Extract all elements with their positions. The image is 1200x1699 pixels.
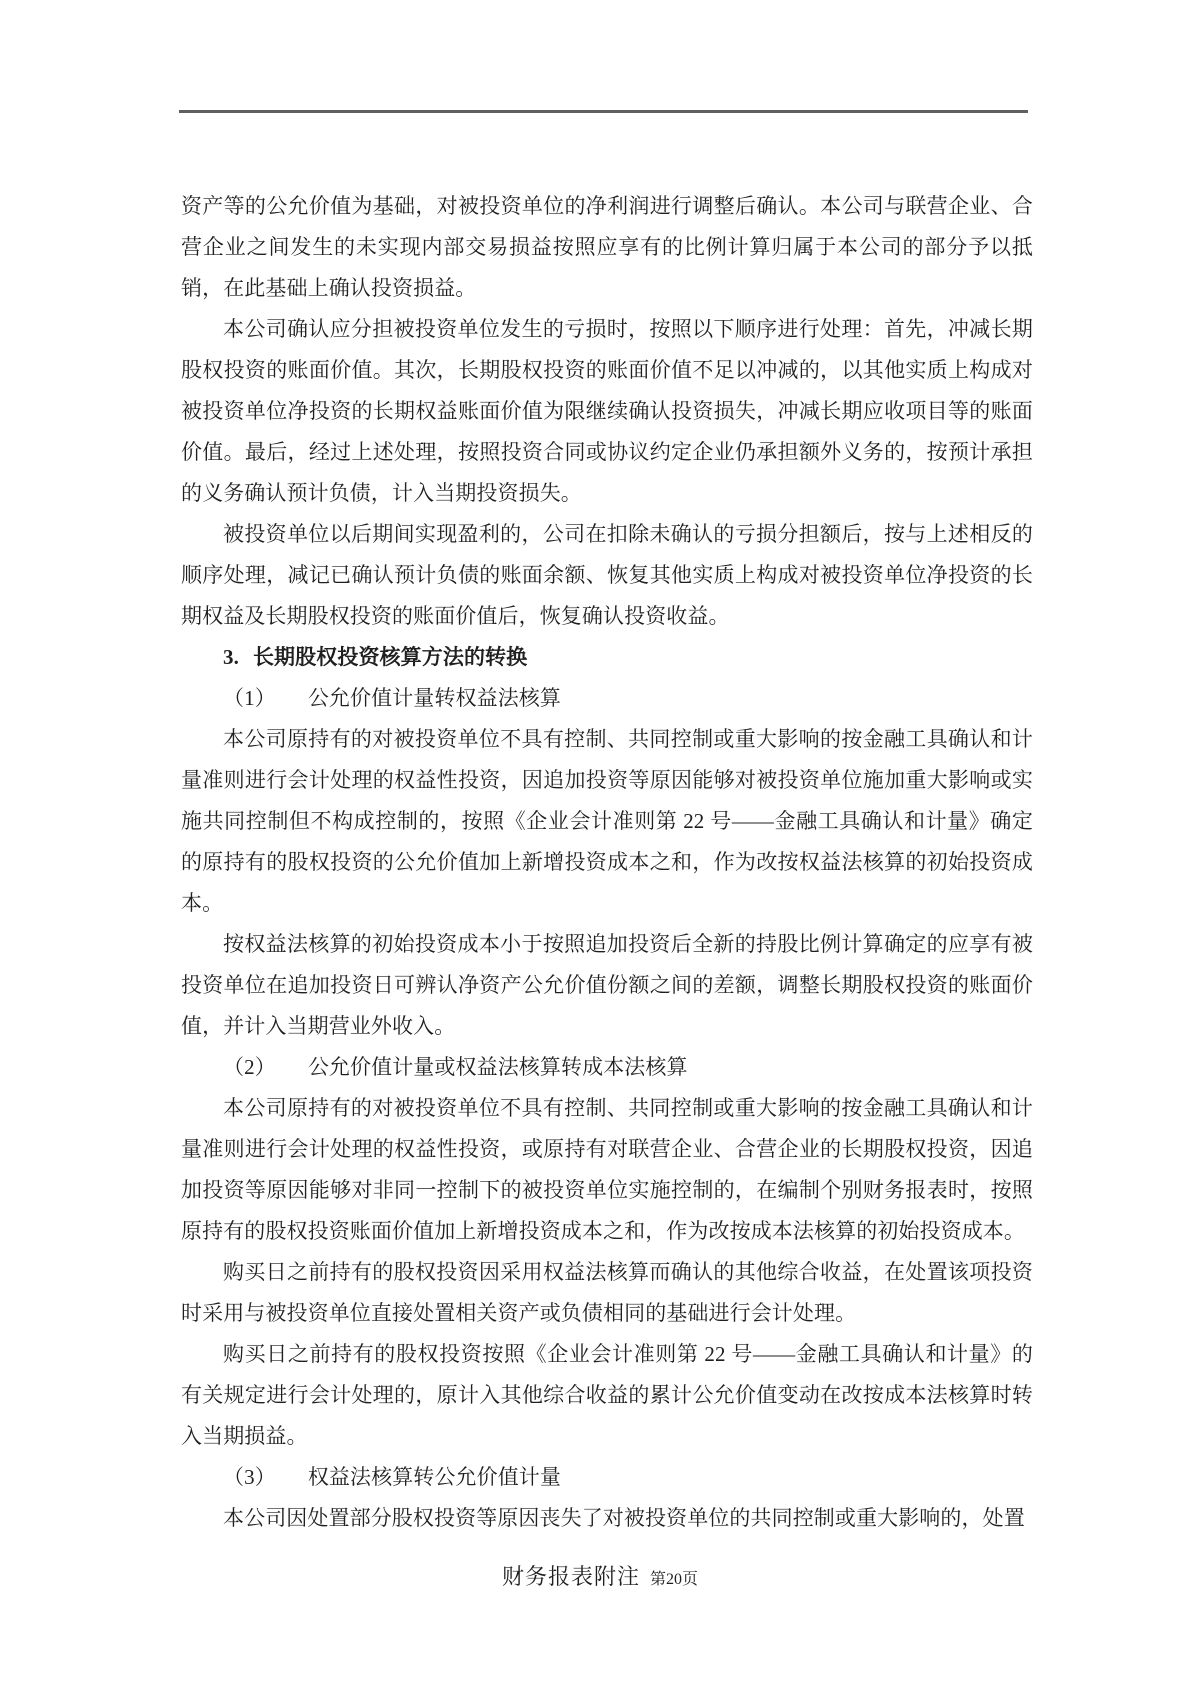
- section-number: 3.: [223, 645, 239, 669]
- subsection-heading: （2）公允价值计量或权益法核算转成本法核算: [181, 1047, 1033, 1088]
- document-page: 资产等的公允价值为基础，对被投资单位的净利润进行调整后确认。本公司与联营企业、合…: [0, 0, 1200, 1699]
- paragraph: 本公司原持有的对被投资单位不具有控制、共同控制或重大影响的按金融工具确认和计量准…: [181, 719, 1033, 924]
- document-body: 资产等的公允价值为基础，对被投资单位的净利润进行调整后确认。本公司与联营企业、合…: [181, 186, 1033, 1539]
- paragraph-continued: 资产等的公允价值为基础，对被投资单位的净利润进行调整后确认。本公司与联营企业、合…: [181, 186, 1033, 309]
- paragraph: 被投资单位以后期间实现盈利的，公司在扣除未确认的亏损分担额后，按与上述相反的顺序…: [181, 514, 1033, 637]
- paragraph: 本公司原持有的对被投资单位不具有控制、共同控制或重大影响的按金融工具确认和计量准…: [181, 1088, 1033, 1252]
- footer-page-number: 第20页: [650, 1571, 698, 1588]
- paragraph: 按权益法核算的初始投资成本小于按照追加投资后全新的持股比例计算确定的应享有被投资…: [181, 924, 1033, 1047]
- subsection-number: （1）: [223, 686, 276, 710]
- section-title: 长期股权投资核算方法的转换: [253, 645, 527, 669]
- subsection-heading: （1）公允价值计量转权益法核算: [181, 678, 1033, 719]
- subsection-number: （3）: [223, 1465, 276, 1489]
- subsection-heading: （3）权益法核算转公允价值计量: [181, 1457, 1033, 1498]
- paragraph: 本公司因处置部分股权投资等原因丧失了对被投资单位的共同控制或重大影响的，处置: [181, 1498, 1033, 1539]
- subsection-number: （2）: [223, 1055, 276, 1079]
- paragraph: 购买日之前持有的股权投资按照《企业会计准则第 22 号——金融工具确认和计量》的…: [181, 1334, 1033, 1457]
- section-heading: 3.长期股权投资核算方法的转换: [181, 637, 1033, 678]
- footer-title: 财务报表附注: [502, 1564, 640, 1589]
- page-footer: 财务报表附注第20页: [0, 1560, 1200, 1591]
- paragraph: 购买日之前持有的股权投资因采用权益法核算而确认的其他综合收益，在处置该项投资时采…: [181, 1252, 1033, 1334]
- paragraph: 本公司确认应分担被投资单位发生的亏损时，按照以下顺序进行处理：首先，冲减长期股权…: [181, 309, 1033, 514]
- subsection-title: 公允价值计量转权益法核算: [308, 686, 561, 710]
- subsection-title: 公允价值计量或权益法核算转成本法核算: [308, 1055, 688, 1079]
- subsection-title: 权益法核算转公允价值计量: [308, 1465, 561, 1489]
- header-rule: [179, 110, 1028, 113]
